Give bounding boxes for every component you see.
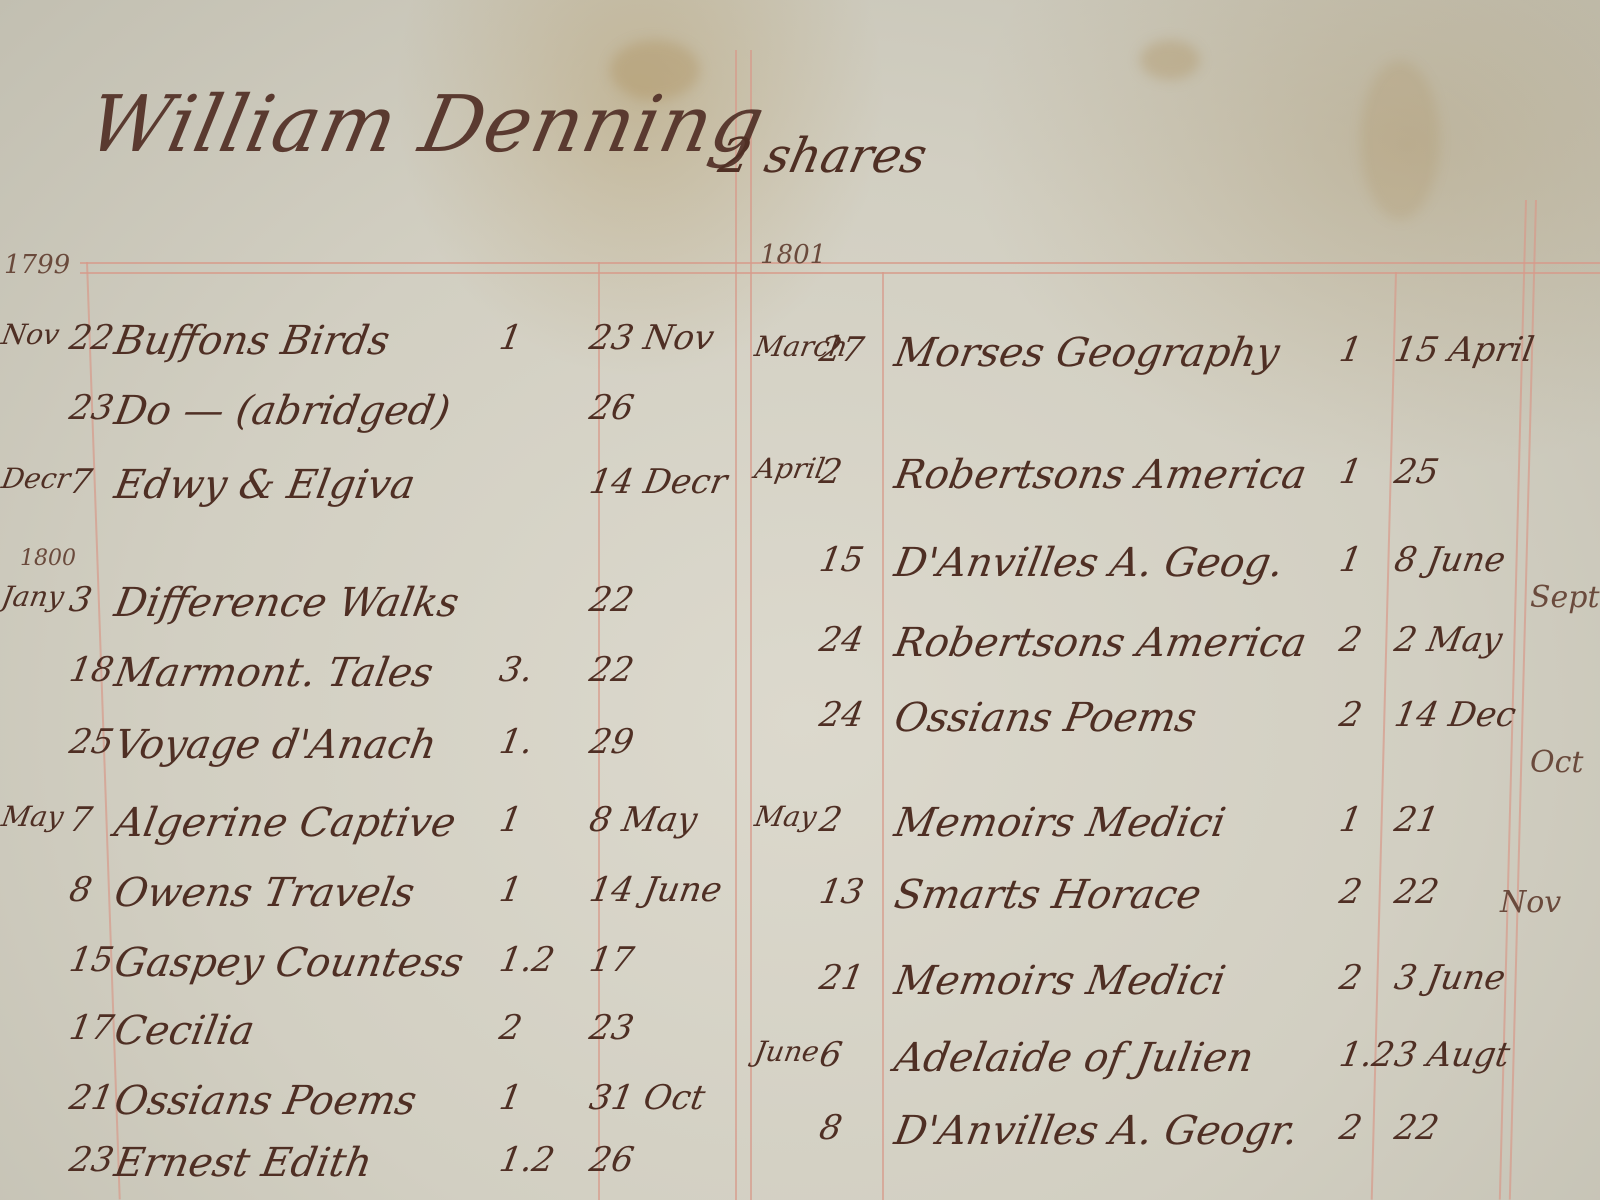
entry-volume: 1 xyxy=(1336,330,1365,370)
column-rule xyxy=(750,50,752,1200)
water-stain xyxy=(1140,40,1200,80)
entry-returned-date: 21 xyxy=(1391,800,1441,840)
entry-volume: 1.2 xyxy=(496,940,557,980)
entry-day: 17 xyxy=(66,1008,116,1048)
ruled-line xyxy=(80,272,1600,274)
entry-title: Difference Walks xyxy=(111,580,462,626)
entry-title: Adelaide of Julien xyxy=(891,1035,1257,1081)
entry-title: Smarts Horace xyxy=(891,872,1205,918)
entry-day: 24 xyxy=(816,695,866,735)
entry-returned-date: 8 June xyxy=(1391,540,1508,580)
entry-volume: 1 xyxy=(496,870,525,910)
entry-title: Memoirs Medici xyxy=(891,958,1229,1004)
entry-day: 3 xyxy=(66,580,95,620)
entry-title: Buffons Birds xyxy=(111,318,393,364)
entry-volume: 2 xyxy=(1336,1108,1365,1148)
entry-volume: 1.2 xyxy=(1336,1035,1397,1075)
shares-label: 2 shares xyxy=(714,128,932,184)
entry-returned-date: 25 xyxy=(1391,452,1441,492)
entry-title: Cecilia xyxy=(111,1008,258,1054)
water-stain xyxy=(1360,60,1440,220)
edge-note: Nov xyxy=(1500,885,1561,920)
entry-title: D'Anvilles A. Geogr. xyxy=(891,1108,1302,1154)
entry-day: 18 xyxy=(66,650,116,690)
entry-title: Ossians Poems xyxy=(891,695,1200,741)
entry-month: Decr xyxy=(0,462,73,495)
entry-volume: 1.2 xyxy=(496,1140,557,1180)
entry-title: D'Anvilles A. Geog. xyxy=(891,540,1287,586)
entry-volume: 1 xyxy=(1336,540,1365,580)
entry-title: Robertsons America xyxy=(891,452,1310,498)
entry-returned-date: 2 May xyxy=(1391,620,1505,660)
entry-returned-date: 23 Nov xyxy=(586,318,717,358)
entry-volume: 2 xyxy=(1336,695,1365,735)
entry-returned-date: 15 April xyxy=(1391,330,1536,370)
entry-month: May xyxy=(752,800,819,833)
year-label-right: 1801 xyxy=(760,240,826,270)
entry-volume: 2 xyxy=(1336,872,1365,912)
ruled-line xyxy=(80,262,1600,264)
entry-month: Nov xyxy=(0,318,62,351)
entry-volume: 1 xyxy=(496,800,525,840)
column-rule xyxy=(735,50,737,1200)
entry-month: May xyxy=(0,800,66,833)
entry-day: 25 xyxy=(66,722,116,762)
entry-day: 27 xyxy=(816,330,866,370)
entry-day: 8 xyxy=(816,1108,845,1148)
year-label-left: 1799 xyxy=(4,250,70,280)
entry-returned-date: 23 xyxy=(586,1008,636,1048)
entry-title: Marmont. Tales xyxy=(111,650,437,696)
entry-day: 21 xyxy=(816,958,866,998)
entry-title: Owens Travels xyxy=(111,870,418,916)
entry-title: Gaspey Countess xyxy=(111,940,467,986)
entry-volume: 3. xyxy=(496,650,536,690)
entry-returned-date: 22 xyxy=(1391,1108,1441,1148)
entry-month: Jany xyxy=(0,580,67,613)
entry-returned-date: 17 xyxy=(586,940,636,980)
entry-returned-date: 14 Dec xyxy=(1391,695,1519,735)
entry-day: 15 xyxy=(66,940,116,980)
year-label-left-second: 1800 xyxy=(20,546,76,571)
entry-day: 23 xyxy=(66,388,116,428)
entry-day: 13 xyxy=(816,872,866,912)
entry-title: Morses Geography xyxy=(891,330,1283,376)
entry-day: 8 xyxy=(66,870,95,910)
entry-returned-date: 22 xyxy=(1391,872,1441,912)
entry-returned-date: 26 xyxy=(586,388,636,428)
entry-title: Ossians Poems xyxy=(111,1078,420,1124)
column-rule xyxy=(882,272,884,1200)
entry-returned-date: 8 May xyxy=(586,800,700,840)
entry-volume: 1. xyxy=(496,722,536,762)
entry-day: 21 xyxy=(66,1078,116,1118)
edge-note: Sept xyxy=(1530,580,1600,615)
entry-day: 23 xyxy=(66,1140,116,1180)
entry-month: June xyxy=(752,1035,822,1068)
entry-returned-date: 14 Decr xyxy=(586,462,730,502)
entry-returned-date: 26 xyxy=(586,1140,636,1180)
entry-returned-date: 3 Augt xyxy=(1391,1035,1512,1075)
entry-day: 15 xyxy=(816,540,866,580)
entry-returned-date: 29 xyxy=(586,722,636,762)
edge-note: Oct xyxy=(1530,745,1583,780)
entry-title: Algerine Captive xyxy=(111,800,459,846)
entry-title: Voyage d'Anach xyxy=(111,722,440,768)
entry-title: Edwy & Elgiva xyxy=(111,462,419,508)
entry-month: April xyxy=(752,452,827,485)
entry-volume: 2 xyxy=(1336,620,1365,660)
borrower-name: William Denning xyxy=(80,80,772,170)
entry-title: Ernest Edith xyxy=(111,1140,376,1186)
entry-volume: 2 xyxy=(496,1008,525,1048)
entry-day: 24 xyxy=(816,620,866,660)
entry-returned-date: 3 June xyxy=(1391,958,1508,998)
entry-volume: 1 xyxy=(1336,800,1365,840)
entry-volume: 1 xyxy=(496,1078,525,1118)
entry-returned-date: 31 Oct xyxy=(586,1078,708,1118)
entry-title: Do — (abridged) xyxy=(111,388,454,434)
entry-day: 7 xyxy=(66,800,95,840)
entry-title: Robertsons America xyxy=(891,620,1310,666)
entry-volume: 2 xyxy=(1336,958,1365,998)
entry-title: Memoirs Medici xyxy=(891,800,1229,846)
entry-day: 2 xyxy=(816,800,845,840)
entry-volume: 1 xyxy=(496,318,525,358)
entry-returned-date: 14 June xyxy=(586,870,725,910)
ledger-page: William Denning 2 shares 1799 1800 1801 … xyxy=(0,0,1600,1200)
entry-volume: 1 xyxy=(1336,452,1365,492)
entry-day: 22 xyxy=(66,318,116,358)
entry-returned-date: 22 xyxy=(586,650,636,690)
entry-returned-date: 22 xyxy=(586,580,636,620)
